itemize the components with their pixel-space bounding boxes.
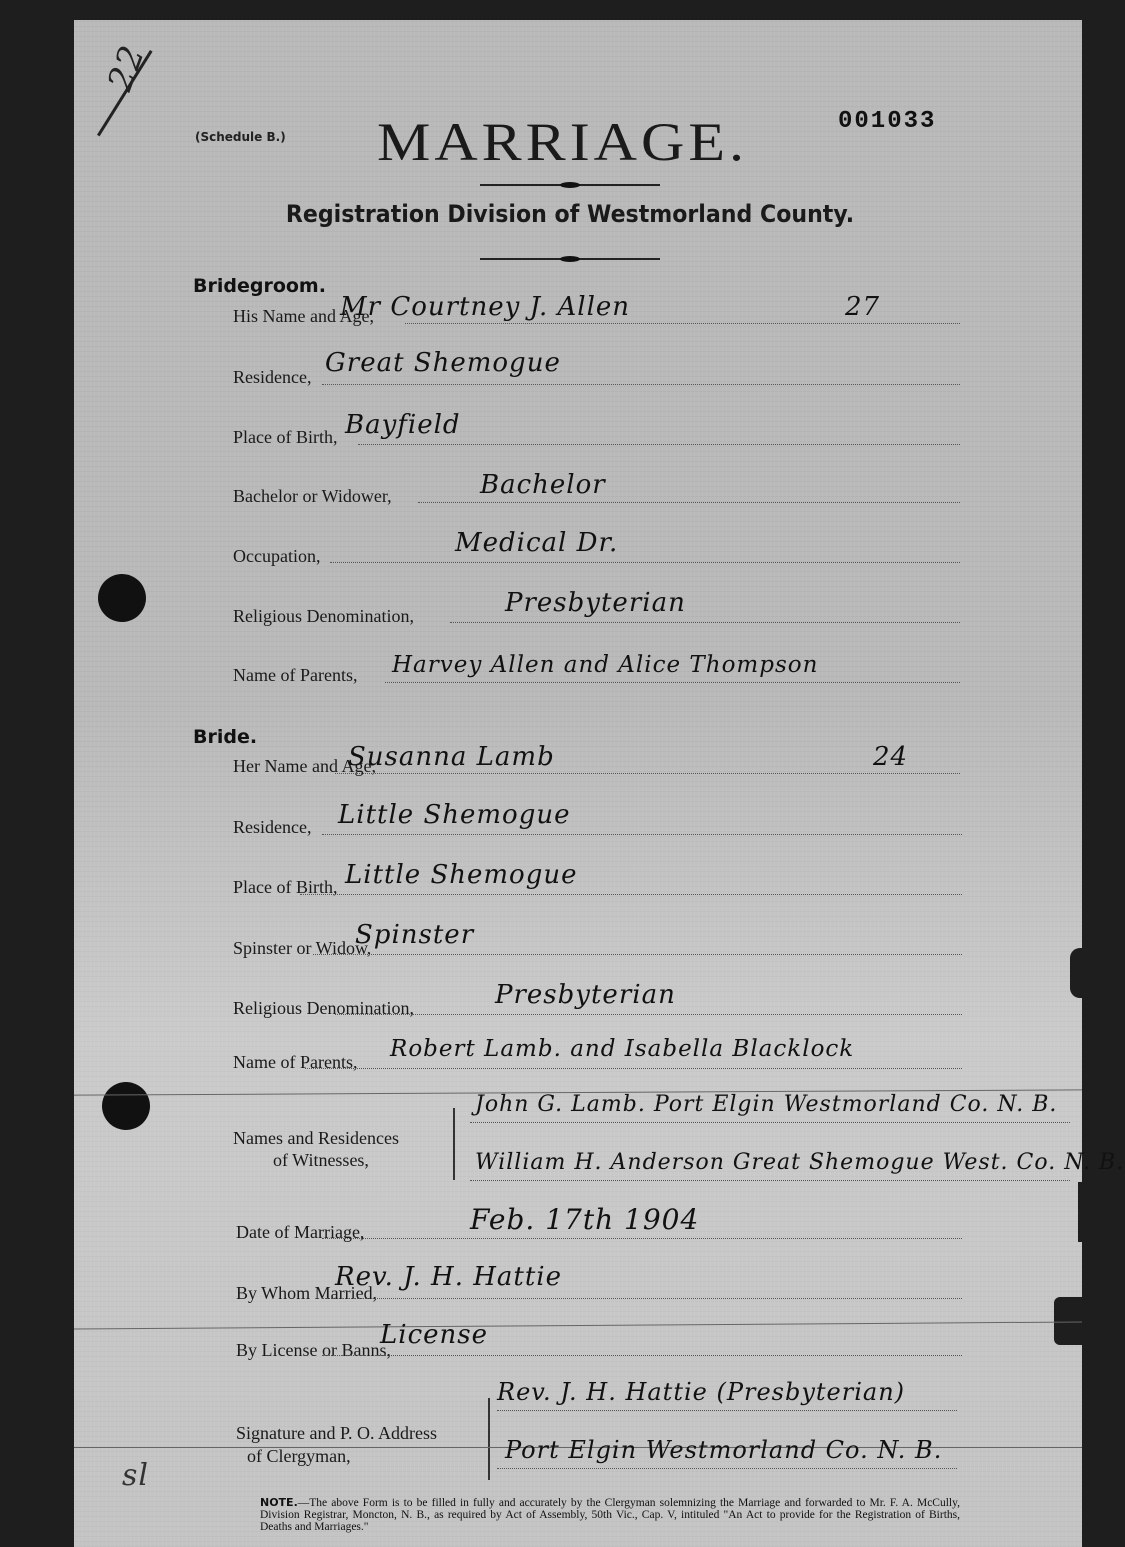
groom-age-value[interactable]: 27 — [845, 292, 880, 322]
bride-birthplace-value[interactable]: Little Shemogue — [345, 860, 577, 890]
groom-birthplace-value[interactable]: Bayfield — [345, 410, 461, 440]
groom-residence-value[interactable]: Great Shemogue — [325, 348, 561, 378]
witness-2-value[interactable]: William H. Anderson Great Shemogue West.… — [475, 1150, 1124, 1175]
bride-religion-label: Religious Denomination, — [233, 998, 414, 1019]
field-line — [322, 834, 962, 835]
marriage-date-label: Date of Marriage, — [236, 1222, 364, 1243]
groom-parents-label: Name of Parents, — [233, 665, 357, 686]
document-page — [74, 20, 1082, 1547]
groom-status-label: Bachelor or Widower, — [233, 486, 392, 507]
field-line — [470, 1180, 1070, 1181]
groom-religion-label: Religious Denomination, — [233, 606, 414, 627]
married-by-value[interactable]: Rev. J. H. Hattie — [335, 1262, 562, 1292]
clergyman-label: Signature and P. O. Address — [236, 1423, 437, 1444]
bride-status-label: Spinster or Widow, — [233, 938, 371, 959]
groom-name-value[interactable]: Mr Courtney J. Allen — [340, 292, 630, 322]
witnesses-bracket — [453, 1108, 455, 1180]
license-value[interactable]: License — [380, 1320, 488, 1350]
bride-residence-value[interactable]: Little Shemogue — [338, 800, 570, 830]
registration-division: Registration Division of Westmorland Cou… — [46, 200, 1095, 228]
clergyman-bracket — [488, 1398, 490, 1480]
marriage-date-value[interactable]: Feb. 17th 1904 — [470, 1203, 699, 1236]
form-note: NOTE.—The above Form is to be filled in … — [260, 1497, 960, 1533]
field-line — [322, 1238, 962, 1239]
bride-parents-value[interactable]: Robert Lamb. and Isabella Blacklock — [390, 1036, 854, 1062]
witnesses-label: Names and Residences — [233, 1128, 399, 1149]
groom-residence-label: Residence, — [233, 367, 311, 388]
clergyman-label-line2: of Clergyman, — [247, 1446, 351, 1467]
groom-occupation-label: Occupation, — [233, 546, 320, 567]
field-line — [470, 1122, 1070, 1123]
witness-1-value[interactable]: John G. Lamb. Port Elgin Westmorland Co.… — [475, 1092, 1057, 1117]
groom-parents-value[interactable]: Harvey Allen and Alice Thompson — [392, 652, 818, 678]
field-line — [358, 444, 960, 445]
field-line — [322, 384, 960, 385]
field-line — [405, 323, 960, 324]
field-line — [322, 1355, 962, 1356]
license-label: By License or Banns, — [236, 1340, 391, 1361]
field-line — [335, 1014, 962, 1015]
bride-name-value[interactable]: Susanna Lamb — [348, 742, 555, 772]
note-lead: NOTE. — [260, 1496, 298, 1509]
field-line — [418, 502, 960, 503]
note-text: —The above Form is to be filled in fully… — [260, 1497, 960, 1533]
field-line — [313, 954, 962, 955]
clergyman-signature[interactable]: Rev. J. H. Hattie (Presbyterian) — [497, 1378, 905, 1406]
groom-status-value[interactable]: Bachelor — [480, 470, 606, 500]
field-line — [497, 1468, 957, 1469]
witnesses-label-line2: of Witnesses, — [273, 1150, 369, 1171]
torn-edge-1 — [1070, 948, 1090, 998]
punch-hole-bottom — [102, 1082, 150, 1130]
field-line — [385, 682, 960, 683]
groom-birthplace-label: Place of Birth, — [233, 427, 337, 448]
bride-heading: Bride. — [193, 726, 257, 748]
clergyman-address[interactable]: Port Elgin Westmorland Co. N. B. — [505, 1436, 942, 1464]
field-line — [335, 773, 960, 774]
field-line — [305, 1068, 962, 1069]
field-line — [300, 894, 962, 895]
bridegroom-heading: Bridegroom. — [193, 275, 326, 297]
ornament-divider — [480, 182, 660, 188]
groom-religion-value[interactable]: Presbyterian — [505, 588, 686, 618]
field-line — [450, 622, 960, 623]
field-line — [322, 1298, 962, 1299]
page-title: MARRIAGE. — [0, 111, 1125, 173]
punch-hole-top — [98, 574, 146, 622]
bride-age-value[interactable]: 24 — [873, 742, 908, 772]
torn-edge-2 — [1078, 1182, 1090, 1242]
ornament-divider — [480, 256, 660, 262]
margin-pencil-mark: sl — [122, 1458, 149, 1493]
groom-occupation-value[interactable]: Medical Dr. — [455, 528, 618, 558]
bride-religion-value[interactable]: Presbyterian — [495, 980, 676, 1010]
field-line — [330, 562, 960, 563]
field-line — [497, 1410, 957, 1411]
bride-status-value[interactable]: Spinster — [355, 920, 474, 950]
bride-parents-label: Name of Parents, — [233, 1052, 357, 1073]
bride-residence-label: Residence, — [233, 817, 311, 838]
